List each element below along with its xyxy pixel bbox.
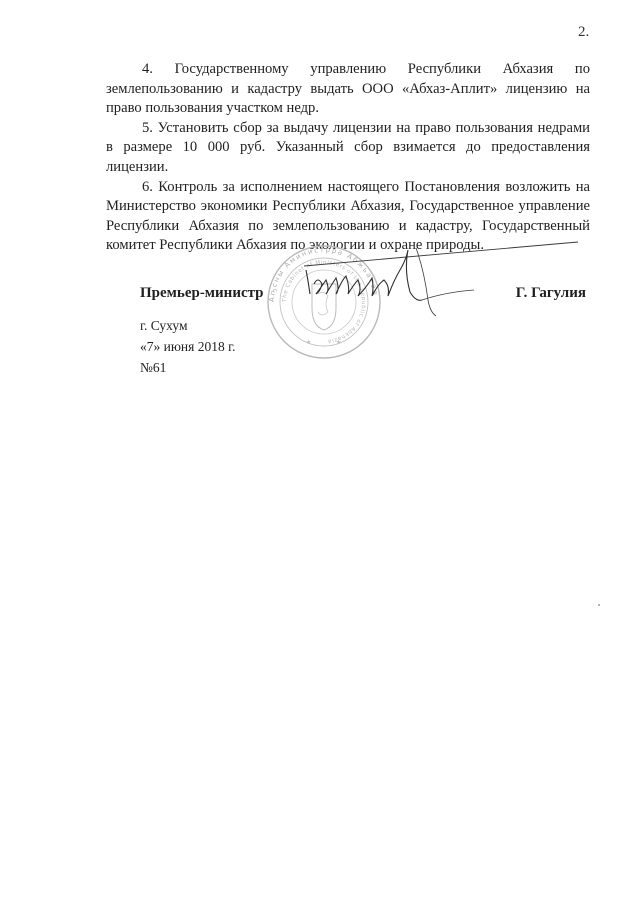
page-number: 2. (578, 24, 589, 41)
signatory-title: Премьер-министр (140, 285, 264, 302)
document-number: №61 (140, 360, 166, 376)
svg-text:★: ★ (306, 339, 311, 346)
document-date: «7» июня 2018 г. (140, 339, 236, 355)
signatory-name: Г. Гагулия (516, 285, 586, 302)
signature-row: Премьер-министр Г. Гагулия (140, 285, 586, 307)
svg-text:★: ★ (336, 339, 341, 346)
paragraph-4: 4. Государственному управлению Республик… (106, 60, 590, 119)
scan-artifact (425, 150, 427, 152)
paragraph-5: 5. Установить сбор за выдачу лицензии на… (106, 119, 590, 178)
document-city: г. Сухум (140, 318, 188, 334)
document-body: 4. Государственному управлению Республик… (106, 60, 590, 256)
handwritten-signature-icon (296, 240, 586, 320)
scan-artifact (598, 604, 600, 606)
